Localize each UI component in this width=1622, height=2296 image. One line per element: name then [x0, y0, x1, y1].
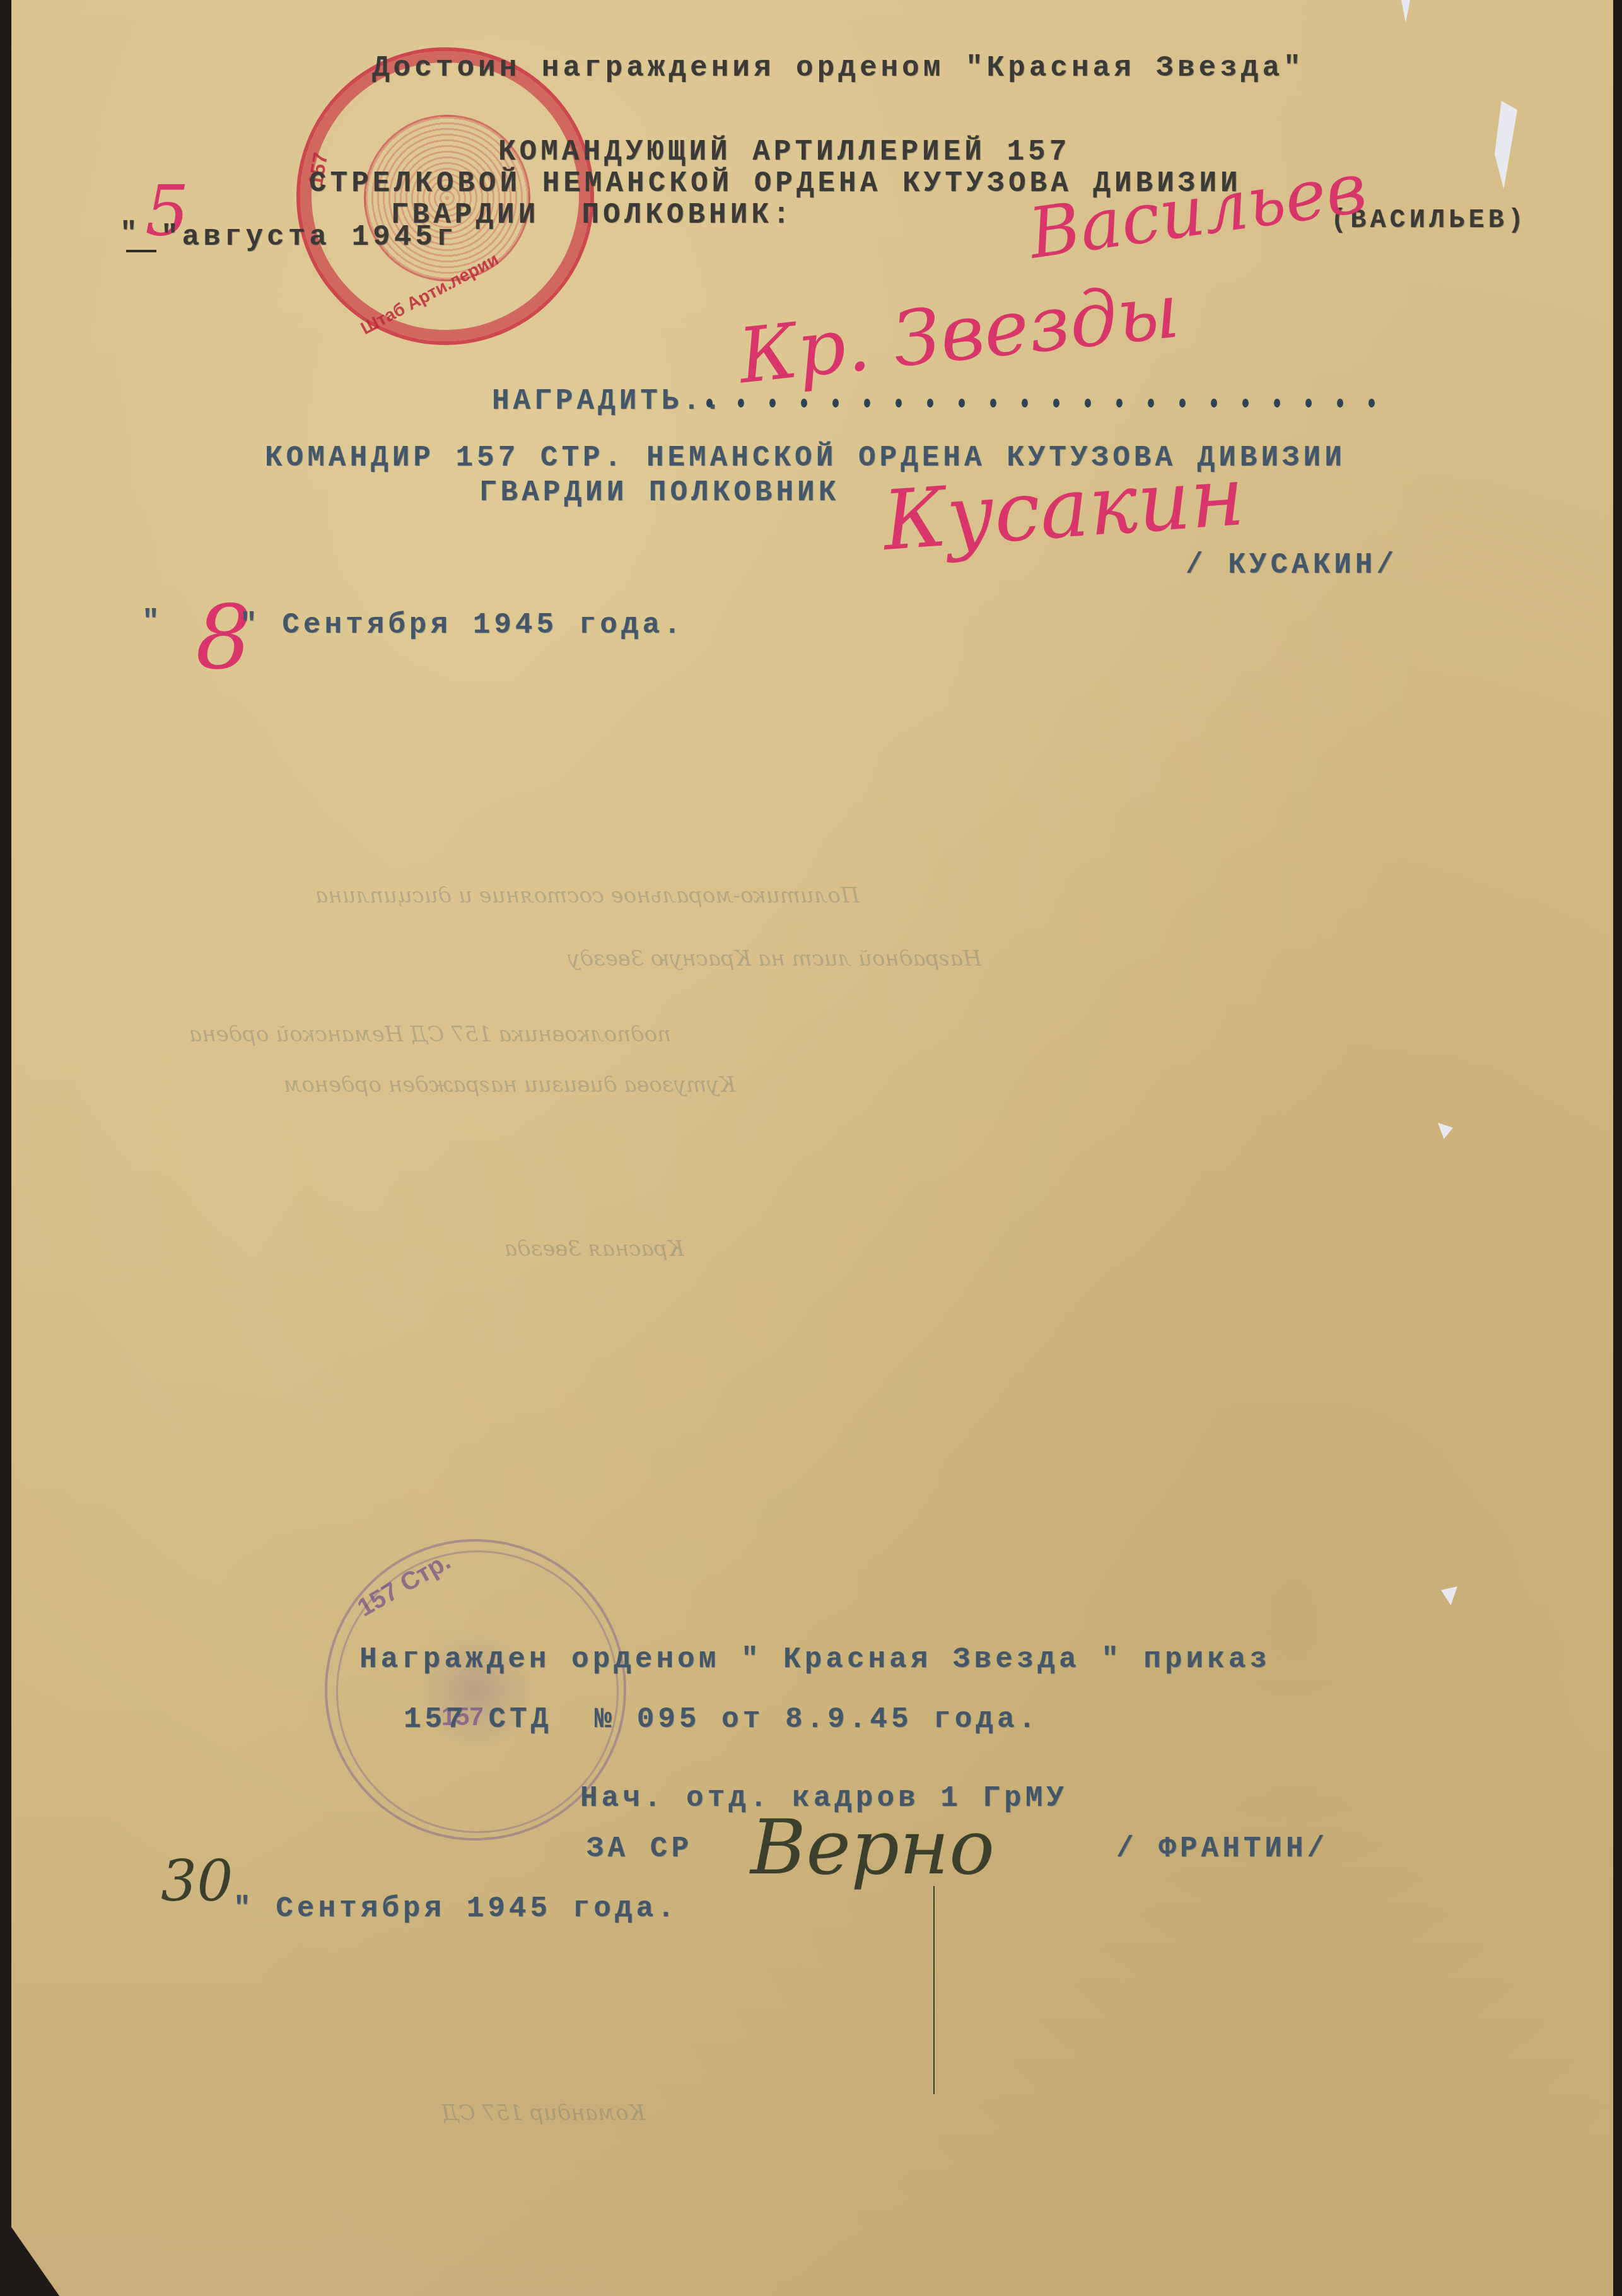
ink-stroke	[933, 1886, 935, 2094]
order-date-day-handwritten: 30	[161, 1848, 233, 1914]
award-date-month-year: " Сентября 1945 года.	[240, 609, 685, 641]
date-open-quote: "	[120, 218, 141, 250]
order-date-month-year: " Сентября 1945 года.	[233, 1892, 679, 1925]
award-label: НАГРАДИТЬ..	[492, 385, 725, 418]
division-commander-title-2: ГВАРДИИ ПОЛКОВНИК	[479, 476, 839, 509]
certifying-signature: Верно	[750, 1804, 995, 1892]
order-line-2: 157 СТД № 095 от 8.9.45 года.	[404, 1703, 1039, 1736]
order-line-1: Награжден орденом " Красная Звезда " при…	[359, 1643, 1271, 1676]
artillery-commander-title-1: КОМАНДУЮЩИЙ АРТИЛЛЕРИЕЙ 157	[498, 136, 1070, 168]
division-commander-name: / КУСАКИН/	[1186, 549, 1397, 582]
date-month-year: "августа 1945г	[161, 221, 457, 254]
dotted-fill-line	[706, 399, 1400, 411]
bleed-through-line-1: Политико-моральное состояние и дисциплин…	[315, 883, 860, 908]
award-date-open-quote: "	[142, 606, 163, 638]
recommendation-line: Достоин награждения орденом "Красная Зве…	[372, 52, 1305, 85]
bleed-through-line-5: Красная Звезда	[505, 1236, 684, 1262]
bleed-through-line-2: Наградной лист на Красную Звезду	[568, 946, 982, 971]
bleed-through-line-4: Кутузова дивизии награжден орденом	[284, 1072, 736, 1098]
bleed-through-line-6: Командир 157 СД	[441, 2100, 645, 2126]
date-underline	[126, 250, 156, 252]
bleed-through-line-3: подполковника 157 СД Неманской ордена	[189, 1022, 671, 1047]
